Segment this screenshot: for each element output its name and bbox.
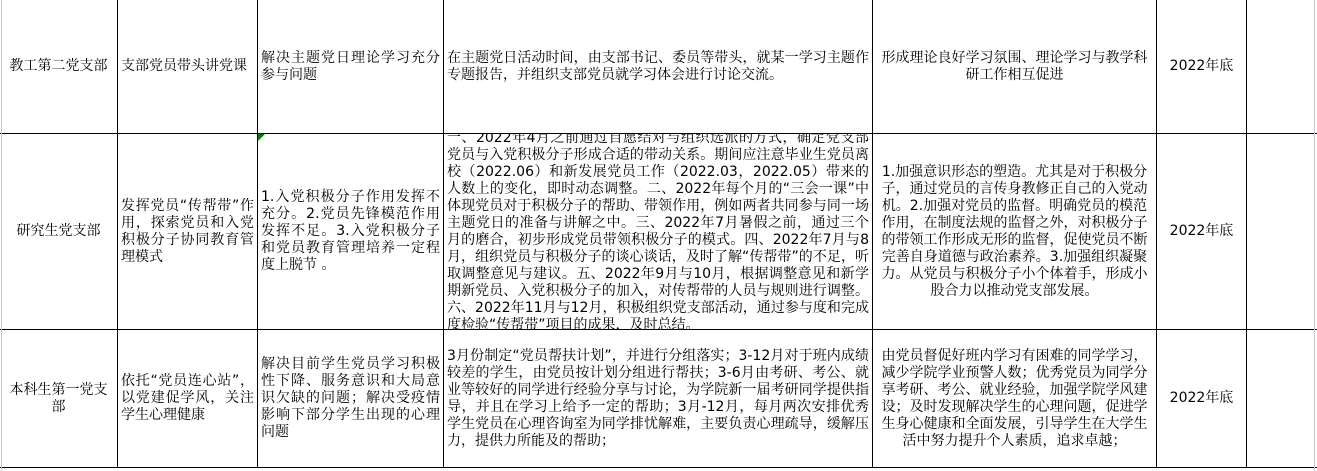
cell-project[interactable]: 依托“党员连心站”，以党建促学风，关注学生心理健康: [118, 330, 258, 468]
cell-branch[interactable]: 研究生党支部: [0, 134, 118, 330]
cell-measures[interactable]: 一、2022年4月之前通过自愿结对与组织选派的方式，确定党支部党员与入党积极分子…: [444, 134, 873, 330]
cell-deadline[interactable]: 2022年底: [1157, 330, 1247, 468]
cell-deadline[interactable]: 2022年底: [1157, 0, 1247, 134]
cell-empty[interactable]: [1247, 0, 1317, 134]
cell-outcome[interactable]: 1.加强意识形态的塑造。尤其是对于积极分子，通过党员的言传身教修正自己的入党动机…: [873, 134, 1157, 330]
cell-outcome[interactable]: 由党员督促好班内学习有困难的同学学习，减少学院学业预警人数；优秀党员为同学分享考…: [873, 330, 1157, 468]
cell-problem-text: 1.入党积极分子作用发挥不充分。2.党员先锋模范作用发挥不足。3.入党积极分子和…: [261, 189, 440, 274]
cell-problem[interactable]: 1.入党积极分子作用发挥不充分。2.党员先锋模范作用发挥不足。3.入党积极分子和…: [258, 134, 444, 330]
cell-measures[interactable]: 在主题党日活动时间，由支部书记、委员等带头，就某一学习主题作专题报告，并组织支部…: [444, 0, 873, 134]
cell-problem[interactable]: 解决主题党日理论学习充分参与问题: [258, 0, 444, 134]
table-grid: 教工第二党支部 支部党员带头讲党课 解决主题党日理论学习充分参与问题 在主题党日…: [0, 0, 1317, 471]
cell-problem[interactable]: 解决目前学生党员学习积极性下降、服务意识和大局意识欠缺的问题；解决受疫情影响下部…: [258, 330, 444, 468]
cell-project[interactable]: 支部党员带头讲党课: [118, 0, 258, 134]
spreadsheet-table: 教工第二党支部 支部党员带头讲党课 解决主题党日理论学习充分参与问题 在主题党日…: [0, 0, 1317, 471]
cell-outcome[interactable]: 形成理论良好学习氛围、理论学习与教学科研工作相互促进: [873, 0, 1157, 134]
cell-project[interactable]: 发挥党员“传帮带”作用，探索党员和入党积极分子协同教育管理模式: [118, 134, 258, 330]
cell-deadline[interactable]: 2022年底: [1157, 134, 1247, 330]
cell-measures[interactable]: 3月份制定“党员帮扶计划”，并进行分组落实；3-12月对于班内成绩较差的学生，由…: [444, 330, 873, 468]
cell-branch[interactable]: 教工第二党支部: [0, 0, 118, 134]
sheet-gridline-right: [1314, 0, 1315, 471]
sheet-gridline-left: [1, 0, 2, 471]
cell-empty[interactable]: [1247, 330, 1317, 468]
cell-empty[interactable]: [1247, 134, 1317, 330]
excel-error-triangle-icon: [258, 134, 265, 141]
cell-branch[interactable]: 本科生第一党支部: [0, 330, 118, 468]
